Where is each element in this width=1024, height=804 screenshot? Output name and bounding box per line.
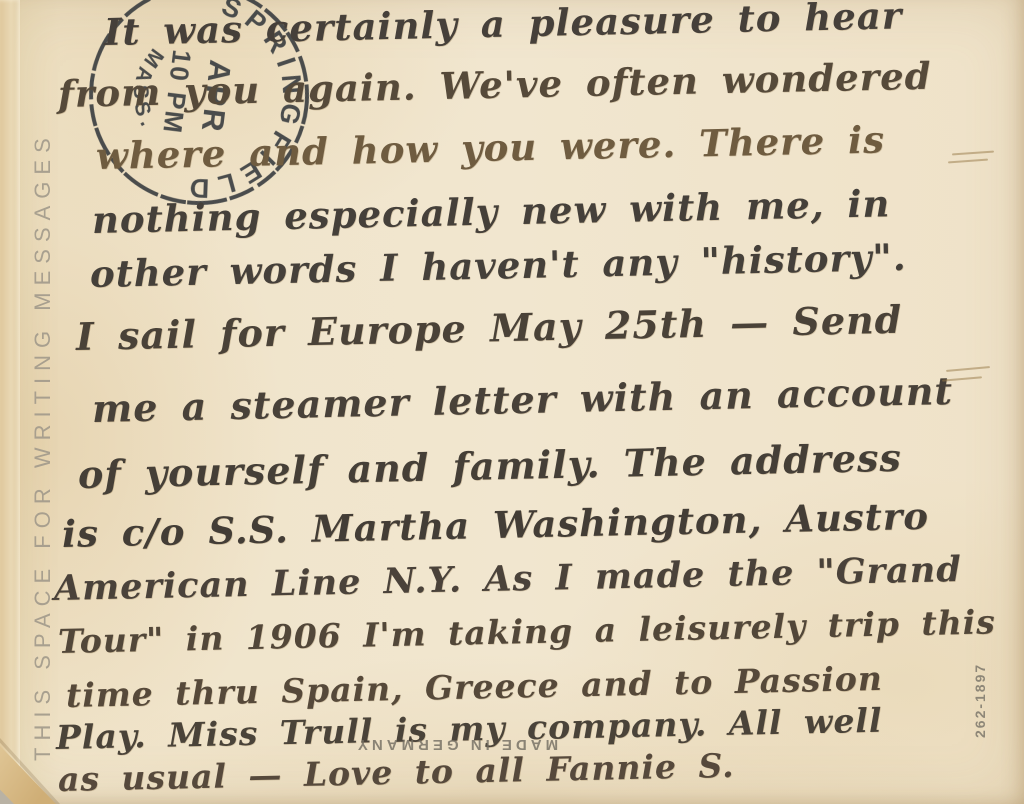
message-line: Tour" in 1906 I'm taking a leisurely tri… — [58, 602, 997, 661]
message-line: of yourself and family. The address — [78, 435, 903, 497]
torn-left-edge — [0, 0, 20, 804]
print-code: 262-1897 — [972, 628, 988, 738]
message-line: is c/o S.S. Martha Washington, Austro — [62, 494, 930, 556]
stray-pen-mark — [952, 151, 994, 156]
message-line: I sail for Europe May 25th — Send — [76, 297, 903, 359]
stray-pen-mark — [948, 159, 988, 164]
message-line: me a steamer letter with an account — [92, 368, 954, 431]
writing-space-label: THIS SPACE FOR WRITING MESSAGES — [30, 96, 56, 796]
made-in-germany-imprint: MADE IN GERMANY — [298, 736, 614, 753]
message-line: other words I haven't any "history". — [90, 235, 907, 296]
message-line: American Line N.Y. As I made the "Grand — [54, 549, 963, 609]
stray-pen-mark — [946, 366, 990, 372]
postcard-message-side: THIS SPACE FOR WRITING MESSAGES SPRINGFI… — [0, 0, 1024, 804]
message-line: It was certainly a pleasure to hear — [104, 0, 903, 54]
